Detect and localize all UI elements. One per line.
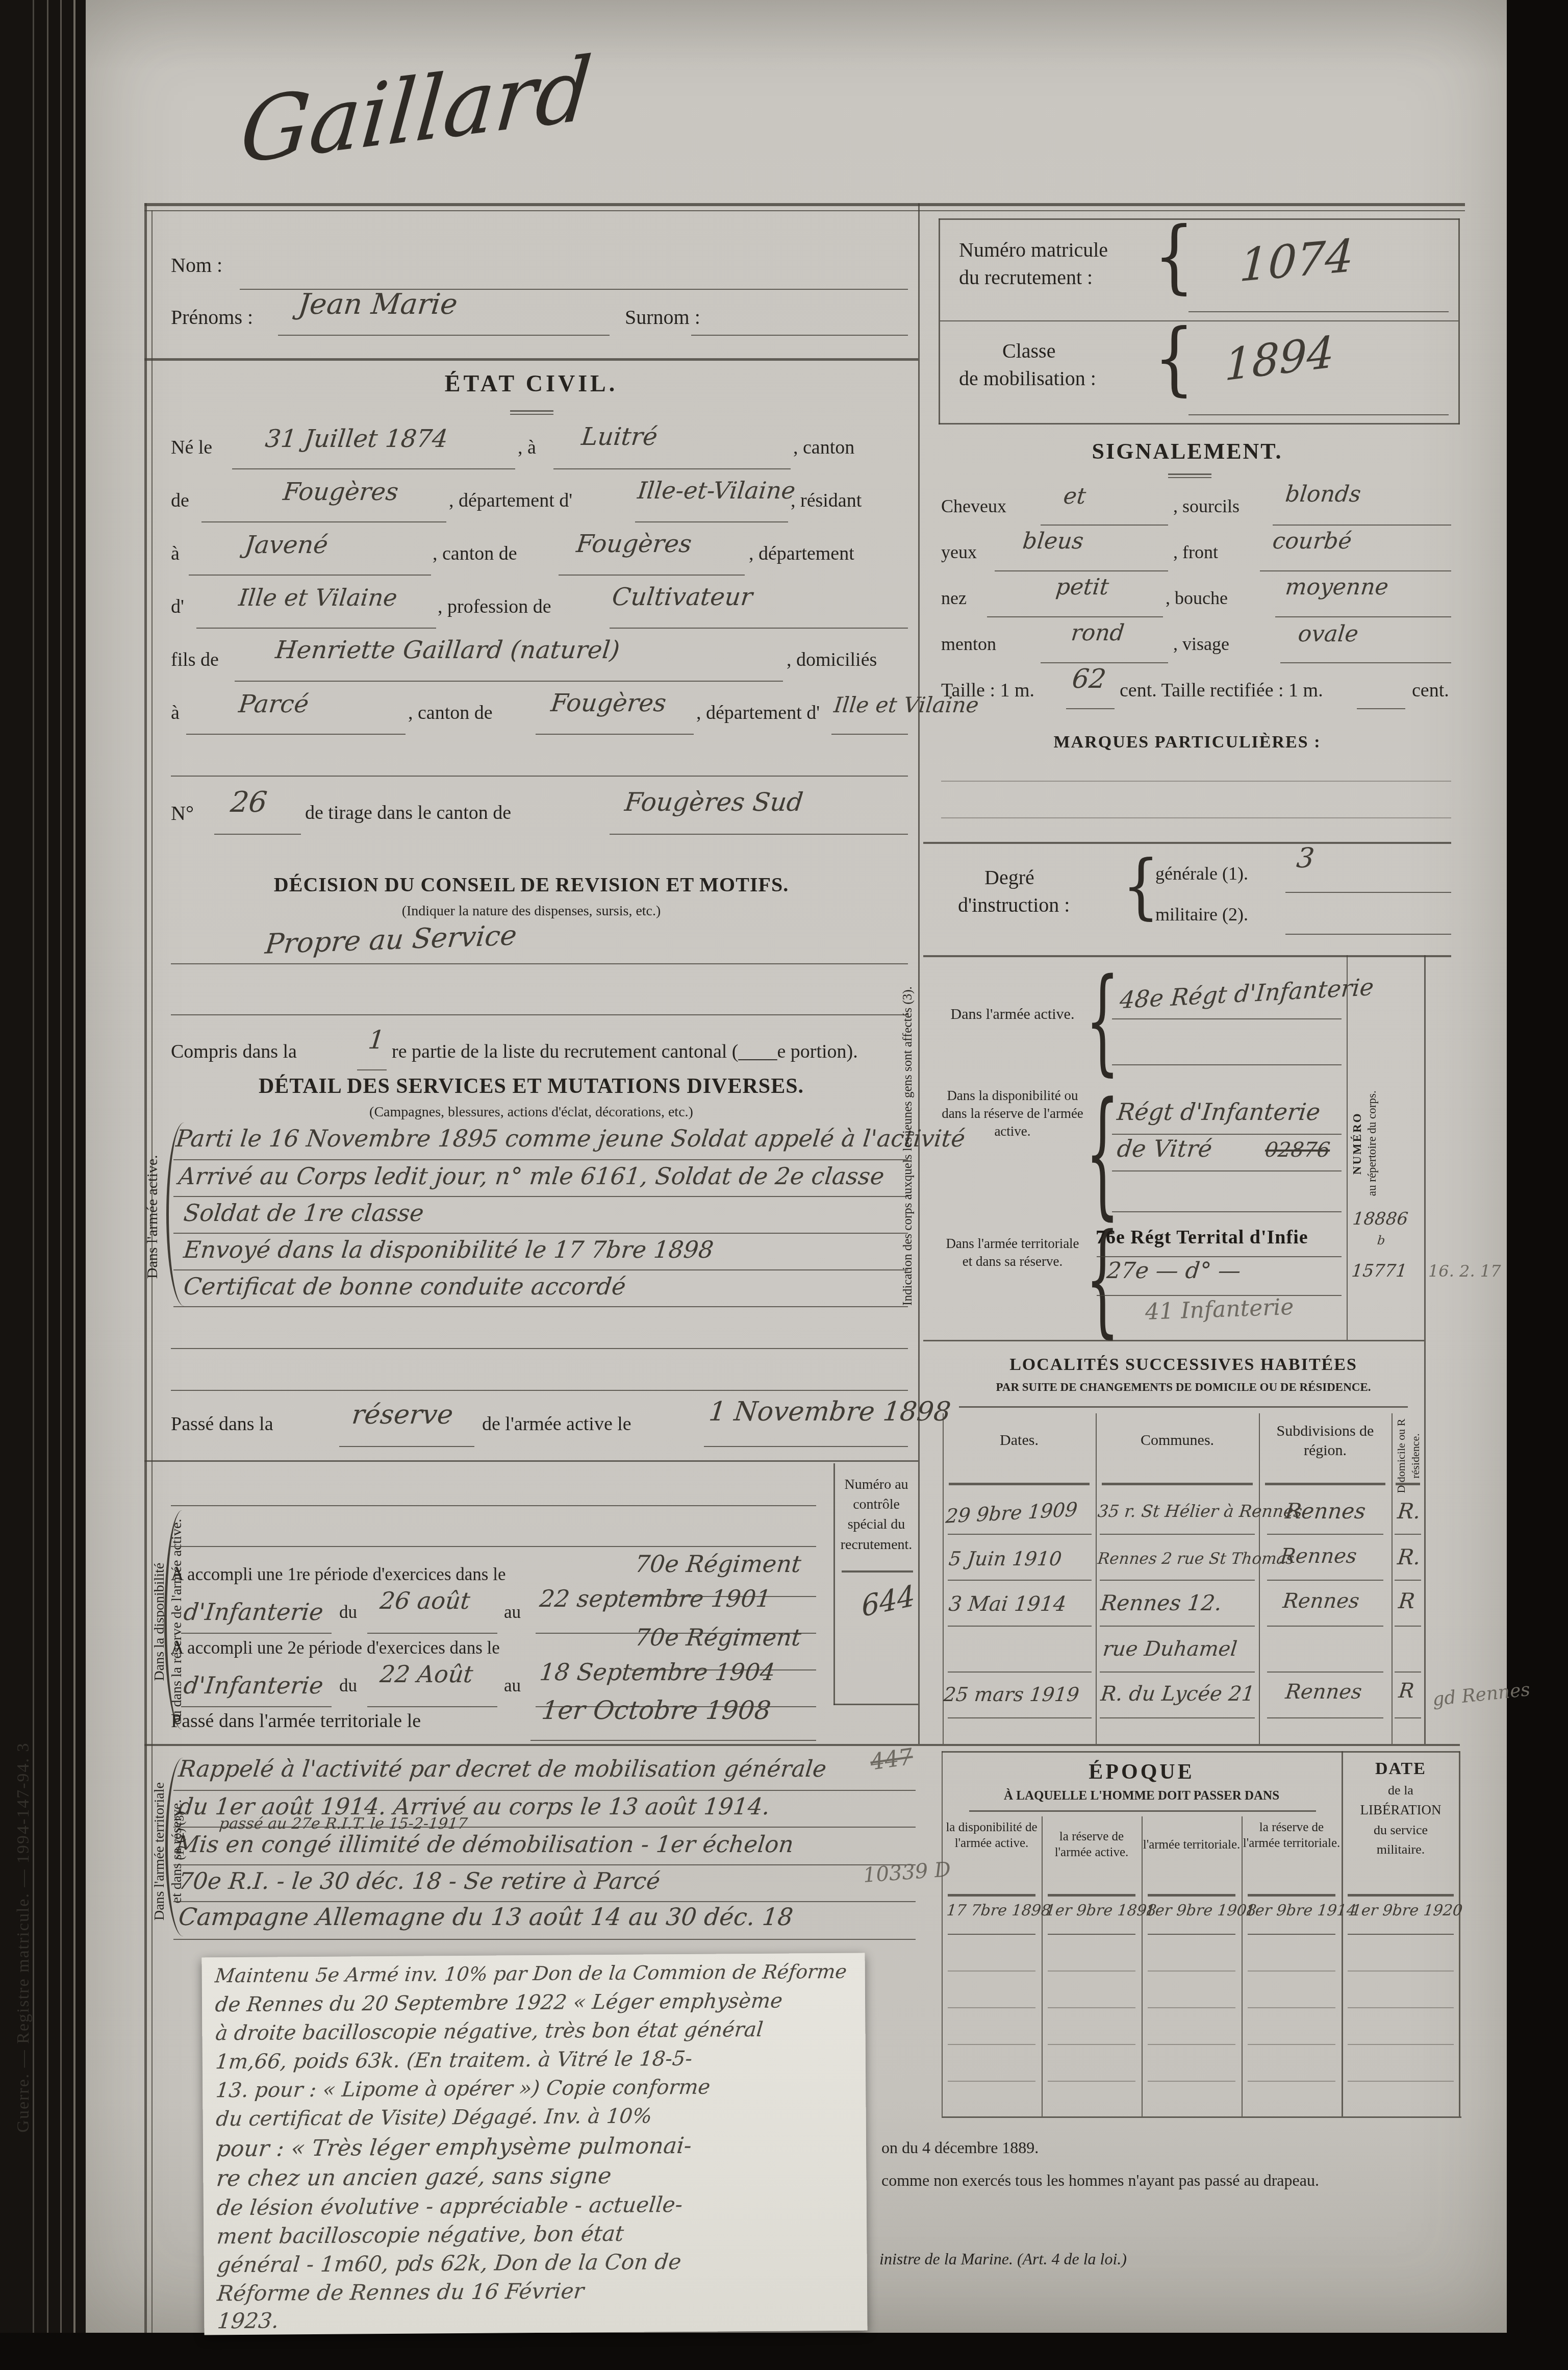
rule bbox=[1112, 1064, 1342, 1065]
rule bbox=[1248, 1894, 1335, 1897]
loc-dr: R. bbox=[1397, 1499, 1422, 1523]
rule bbox=[939, 218, 1460, 220]
epoque-date-label1: DATE bbox=[1342, 1759, 1460, 1779]
rule bbox=[1275, 616, 1451, 617]
sig-value: et bbox=[1062, 484, 1087, 509]
sig-label: nez bbox=[941, 588, 967, 608]
sig-value: ovale bbox=[1297, 621, 1359, 646]
ec-label: Né le bbox=[171, 437, 212, 459]
rule bbox=[1248, 2044, 1335, 2045]
epoque-col3: l'armée territoriale. bbox=[1142, 1837, 1242, 1853]
note-line: du certificat de Visite) Dégagé. Inv. à … bbox=[215, 2104, 653, 2131]
rule bbox=[144, 1460, 918, 1462]
ec-label: à bbox=[171, 543, 180, 565]
rule bbox=[610, 628, 908, 629]
rule bbox=[189, 575, 431, 576]
loc-subdiv: Rennes bbox=[1279, 1545, 1358, 1568]
matricule-label: Numéro matricule bbox=[959, 239, 1108, 262]
rule bbox=[1267, 1580, 1383, 1581]
rule bbox=[144, 203, 1465, 206]
compris-value: 1 bbox=[367, 1026, 386, 1054]
instruction-generale-value: 3 bbox=[1295, 843, 1316, 874]
rule bbox=[1048, 2044, 1135, 2045]
note-line: à droite bacilloscopie négative, très bo… bbox=[214, 2018, 764, 2045]
rule bbox=[173, 1269, 908, 1270]
corps-g2-label: Dans la disponibilité ou dans la réserve… bbox=[941, 1087, 1084, 1140]
rule bbox=[1267, 1626, 1383, 1627]
rule bbox=[171, 963, 908, 964]
rule bbox=[196, 628, 436, 629]
rule bbox=[948, 1934, 1035, 1935]
compris-label: Compris dans la bbox=[171, 1041, 297, 1063]
rule bbox=[1458, 218, 1460, 425]
passe-reserve-label: Passé dans la bbox=[171, 1413, 273, 1435]
rule bbox=[942, 1751, 943, 2116]
note-line: pour : « Très léger emphysème pulmonai- bbox=[215, 2133, 693, 2162]
rule bbox=[553, 468, 791, 469]
rule bbox=[948, 1534, 1092, 1535]
passe-reserve-date: 1 Novembre 1898 bbox=[707, 1397, 952, 1427]
taille-cent-label: cent. bbox=[1412, 680, 1449, 702]
rule bbox=[510, 414, 553, 415]
rule bbox=[1041, 525, 1168, 526]
mob-line: Mis en congé illimité de démobilisation … bbox=[174, 1832, 795, 1857]
rule bbox=[201, 521, 446, 522]
rule bbox=[948, 2081, 1035, 2082]
rule bbox=[181, 1706, 332, 1707]
rule bbox=[1348, 2081, 1454, 2082]
rule bbox=[171, 1348, 908, 1349]
epoque-value3: 1er 9bre 1908 bbox=[1145, 1902, 1257, 1919]
rule bbox=[1188, 311, 1449, 312]
note-line: 13. pour : « Lipome à opérer ») Copie co… bbox=[215, 2076, 712, 2103]
corps-g3-value3: 41 Infanterie bbox=[1145, 1294, 1294, 1325]
sig-value: courbé bbox=[1271, 529, 1353, 554]
corps-g3-date: 16. 2. 17 bbox=[1428, 1262, 1501, 1281]
epoque-date-label2: de la bbox=[1342, 1783, 1460, 1798]
sig-label: , bouche bbox=[1166, 588, 1228, 608]
rule bbox=[1267, 1534, 1383, 1535]
corps-g2-value2: de Vitré bbox=[1116, 1136, 1213, 1162]
periode1-date2: 22 septembre 1901 bbox=[538, 1586, 772, 1612]
surnom-label: Surnom : bbox=[625, 306, 700, 329]
rule bbox=[1142, 1816, 1143, 2116]
periode2-date2: 18 Septembre 1904 bbox=[538, 1659, 776, 1686]
rule bbox=[367, 1633, 497, 1634]
corps-g1-label: Dans l'armée active. bbox=[941, 1004, 1084, 1024]
corps-g3-number1b: b bbox=[1377, 1234, 1386, 1248]
rule bbox=[1112, 1170, 1342, 1171]
rule bbox=[1347, 955, 1348, 1340]
ec-label: , domiciliés bbox=[787, 649, 877, 671]
epoque-value4: 1er 9bre 1914 bbox=[1245, 1902, 1357, 1919]
territoriale-label: Passé dans l'armée territoriale le bbox=[171, 1710, 421, 1732]
rule bbox=[559, 575, 745, 576]
rule bbox=[969, 1810, 1316, 1812]
rule bbox=[144, 210, 1465, 211]
rule bbox=[1348, 1894, 1454, 1897]
rule bbox=[948, 1717, 1092, 1718]
black-band-bottom bbox=[0, 2333, 1568, 2370]
rule bbox=[948, 1626, 1092, 1627]
rule bbox=[214, 834, 301, 835]
rule bbox=[144, 358, 918, 361]
loc-subdiv: Rennes bbox=[1282, 1590, 1360, 1613]
rule bbox=[173, 1159, 908, 1160]
controle-label: Numéro au contrôle spécial du recrutemen… bbox=[837, 1475, 916, 1555]
rule bbox=[635, 521, 788, 522]
rule bbox=[941, 817, 1451, 818]
signalement-title: SIGNALEMENT. bbox=[923, 439, 1451, 464]
rule bbox=[1285, 892, 1451, 893]
corps-g3-stamp: 76e Régt Territal d'Infie bbox=[1096, 1227, 1308, 1249]
corps-g2-value1: Régt d'Infanterie bbox=[1116, 1099, 1321, 1126]
loc-commune: Rennes 12. bbox=[1100, 1591, 1223, 1615]
rule bbox=[1395, 1534, 1421, 1535]
mob-line-insert: passé au 27e R.I.T. le 15-2-1917 bbox=[218, 1815, 468, 1833]
rule bbox=[831, 734, 908, 735]
sig-value: blonds bbox=[1284, 482, 1362, 507]
loc-dr: R bbox=[1398, 1680, 1415, 1703]
brace-icon: { bbox=[1085, 1092, 1120, 1216]
rule bbox=[842, 1570, 913, 1573]
epoque-date-label5: militaire. bbox=[1342, 1842, 1460, 1857]
ec-label: , département bbox=[749, 543, 854, 565]
prenoms-value: Jean Marie bbox=[297, 289, 459, 321]
tirage-no-label: N° bbox=[171, 802, 194, 825]
service-line: Envoyé dans la disponibilité le 17 7bre … bbox=[182, 1237, 715, 1263]
rule bbox=[1097, 1256, 1342, 1257]
rule bbox=[510, 410, 553, 412]
rule bbox=[923, 1340, 1424, 1341]
epoque-title: ÉPOQUE bbox=[942, 1760, 1342, 1784]
ec-value: Fougères bbox=[282, 479, 399, 506]
service-line: Certificat de bonne conduite accordé bbox=[182, 1274, 627, 1300]
rule bbox=[1285, 934, 1451, 935]
services-title: DÉTAIL DES SERVICES ET MUTATIONS DIVERSE… bbox=[144, 1075, 918, 1099]
sig-label: , sourcils bbox=[1173, 496, 1240, 516]
etat-civil-title: ÉTAT CIVIL. bbox=[144, 370, 918, 397]
rule bbox=[1041, 662, 1168, 663]
rule bbox=[173, 1790, 916, 1791]
service-line: Parti le 16 Novembre 1895 comme jeune So… bbox=[174, 1126, 966, 1152]
footnote-fragment: on du 4 décembre 1889. bbox=[881, 2139, 1039, 2157]
nom-label: Nom : bbox=[171, 254, 222, 277]
taille-rect-label: cent. Taille rectifiée : 1 m. bbox=[1120, 680, 1323, 702]
rule bbox=[1248, 2007, 1335, 2008]
rule bbox=[1395, 1580, 1421, 1581]
ec-label: , à bbox=[518, 437, 536, 459]
rule bbox=[1148, 1970, 1235, 1972]
corps-g3-number2: 15771 bbox=[1351, 1261, 1408, 1281]
localites-title: LOCALITÉS SUCCESSIVES HABITÉES bbox=[943, 1355, 1424, 1375]
rule bbox=[1148, 2081, 1235, 2082]
note-line: Réforme de Rennes du 16 Février bbox=[216, 2278, 586, 2306]
rule bbox=[995, 570, 1168, 571]
rule bbox=[173, 1939, 916, 1940]
rule bbox=[1048, 1894, 1135, 1897]
loc-commune: rue Duhamel bbox=[1102, 1638, 1238, 1661]
ec-label: , canton de bbox=[408, 702, 493, 724]
corps-g2-number: 02876 bbox=[1264, 1139, 1331, 1162]
rule bbox=[1048, 2007, 1135, 2008]
rule bbox=[1066, 708, 1115, 709]
classe-label2: de mobilisation : bbox=[959, 367, 1096, 390]
corps-g3-number1: 18886 bbox=[1352, 1209, 1409, 1229]
rule bbox=[536, 734, 694, 735]
services-side-label: Dans l'armée active. bbox=[144, 1155, 161, 1279]
page-edge-line bbox=[47, 0, 48, 2370]
tirage-no-value: 26 bbox=[229, 787, 269, 819]
sig-value: rond bbox=[1070, 620, 1125, 645]
rule bbox=[1260, 570, 1451, 571]
rule bbox=[144, 1744, 1460, 1746]
rule bbox=[939, 423, 1460, 425]
rule bbox=[1248, 1934, 1335, 1935]
footnote-fragment: inistre de la Marine. (Art. 4 de la loi.… bbox=[879, 2250, 1127, 2268]
rule bbox=[1396, 1483, 1420, 1485]
rule bbox=[949, 1483, 1090, 1485]
loc-date: 3 Mai 1914 bbox=[948, 1593, 1068, 1616]
taille-value: 62 bbox=[1071, 664, 1107, 694]
service-line: Arrivé au Corps ledit jour, n° mle 6161,… bbox=[177, 1163, 886, 1190]
rule bbox=[1048, 1934, 1135, 1935]
rule bbox=[918, 203, 920, 1744]
prenoms-label: Prénoms : bbox=[171, 306, 253, 329]
corps-numero-side-line1: NUMÉRO bbox=[1351, 1112, 1363, 1175]
rule bbox=[1357, 708, 1405, 709]
ec-label: , canton de bbox=[433, 543, 517, 565]
epoque-value2: 1er 9bre 1898 bbox=[1045, 1902, 1157, 1919]
rule bbox=[171, 776, 908, 777]
rule bbox=[1392, 1413, 1393, 1744]
instruction-militaire-label: militaire (2). bbox=[1155, 904, 1248, 925]
ec-label: d' bbox=[171, 596, 184, 618]
ec-label: , département d' bbox=[696, 702, 820, 724]
page-edge-line bbox=[73, 0, 75, 2370]
corps-numero-side-line2: au répertoire du corps. bbox=[1365, 1090, 1378, 1196]
epoque-date-label3: LIBÉRATION bbox=[1342, 1802, 1460, 1817]
epoque-col4: la réserve de l'armée territoriale. bbox=[1242, 1819, 1342, 1852]
localites-col-dates: Dates. bbox=[943, 1432, 1096, 1449]
periode2-label: A accompli une 2e période d'exercices da… bbox=[171, 1638, 500, 1658]
glued-note: Maintenu 5e Armé inv. 10% par Don de la … bbox=[201, 1953, 867, 2335]
rule bbox=[1348, 1970, 1454, 1972]
periode2-infanterie: d'Infanterie bbox=[182, 1673, 324, 1699]
rule bbox=[1267, 1672, 1383, 1673]
instruction-label2: d'instruction : bbox=[958, 894, 1070, 917]
ec-value: 31 Juillet 1874 bbox=[264, 426, 449, 453]
loc-commune: 35 r. St Hélier à Rennes bbox=[1097, 1502, 1303, 1521]
passe-reserve-label2: de l'armée active le bbox=[482, 1413, 631, 1435]
decision-subtitle: (Indiquer la nature des dispenses, sursi… bbox=[144, 903, 918, 919]
decision-title: DÉCISION DU CONSEIL DE REVISION ET MOTIF… bbox=[144, 874, 918, 896]
rule bbox=[939, 218, 940, 425]
rule bbox=[1100, 1717, 1255, 1718]
rule bbox=[948, 2007, 1035, 2008]
sig-label: yeux bbox=[941, 542, 977, 562]
rule bbox=[1097, 1295, 1342, 1296]
note-line: Maintenu 5e Armé inv. 10% par Don de la … bbox=[214, 1960, 848, 1987]
territoriale-date: 1er Octobre 1908 bbox=[540, 1696, 772, 1725]
loc-subdiv: Rennes bbox=[1284, 1681, 1363, 1704]
rule bbox=[339, 1446, 474, 1447]
rule bbox=[948, 1672, 1092, 1673]
note-line: de lésion évolutive - appréciable - actu… bbox=[215, 2192, 684, 2220]
loc-commune: Rennes 2 rue St Thomas bbox=[1097, 1550, 1295, 1568]
passe-reserve-value: réserve bbox=[350, 1400, 454, 1430]
matricule-label2: du recrutement : bbox=[959, 266, 1093, 289]
rule bbox=[942, 1751, 1460, 1753]
rule bbox=[923, 842, 1451, 844]
ec-value: Cultivateur bbox=[611, 584, 754, 611]
instruction-generale-label: générale (1). bbox=[1155, 863, 1248, 884]
rule bbox=[1148, 2007, 1235, 2008]
rule bbox=[1280, 662, 1451, 663]
ec-value: Luitré bbox=[580, 423, 659, 451]
localites-col-communes: Communes. bbox=[1096, 1432, 1259, 1449]
rule bbox=[1248, 1970, 1335, 1972]
rule bbox=[704, 1446, 908, 1447]
sig-value: bleus bbox=[1021, 529, 1084, 554]
rule bbox=[1348, 2044, 1454, 2045]
classe-label: Classe bbox=[1002, 340, 1055, 363]
corps-numero-side-label: NUMÉRO au répertoire du corps. bbox=[1350, 1067, 1380, 1220]
sig-label: , front bbox=[1173, 542, 1218, 562]
note-line: 1923. bbox=[216, 2308, 280, 2333]
epoque-col2: la réserve de l'armée active. bbox=[1042, 1829, 1142, 1861]
rule bbox=[173, 1864, 916, 1865]
ec-value: Fougères bbox=[549, 690, 667, 717]
mob-line: Rappelé à l'activité par decret de mobil… bbox=[177, 1756, 827, 1782]
rule bbox=[948, 2044, 1035, 2045]
rule bbox=[1096, 1413, 1097, 1744]
rule bbox=[1112, 1211, 1342, 1212]
margin-number: 447 bbox=[869, 1744, 915, 1775]
rule bbox=[1100, 1534, 1255, 1535]
rule bbox=[173, 1901, 916, 1902]
rule bbox=[171, 1014, 908, 1015]
note-line: général - 1m60, pds 62k, Don de la Con d… bbox=[216, 2249, 682, 2277]
rule bbox=[1267, 1717, 1383, 1718]
tirage-label: de tirage dans le canton de bbox=[305, 802, 511, 824]
rule bbox=[235, 681, 783, 682]
note-line: re chez un ancien gazé, sans signe bbox=[215, 2163, 613, 2191]
ec-value: Parcé bbox=[237, 691, 310, 718]
rule bbox=[1395, 1626, 1421, 1627]
loc-commune: R. du Lycée 21 bbox=[1100, 1683, 1256, 1706]
corps-side-label: Indication des corps auxquels les jeunes… bbox=[901, 986, 915, 1306]
periode2-du: du bbox=[339, 1676, 357, 1695]
ec-label: , profession de bbox=[438, 596, 551, 618]
rule bbox=[1148, 1934, 1235, 1935]
periode2-date1: 22 Août bbox=[378, 1661, 474, 1688]
rule bbox=[923, 955, 1451, 957]
loc-subdiv: Rennes bbox=[1284, 1499, 1367, 1523]
rule bbox=[1100, 1672, 1255, 1673]
corps-g3-value2: 27e — d° — bbox=[1105, 1258, 1242, 1283]
rule bbox=[1248, 2081, 1335, 2082]
rule bbox=[948, 1580, 1092, 1581]
corps-g3-label: Dans l'armée territoriale et dans sa rés… bbox=[941, 1235, 1084, 1270]
rule bbox=[1148, 2044, 1235, 2045]
periode1-du: du bbox=[339, 1602, 357, 1622]
rule bbox=[1100, 1580, 1255, 1581]
page-edge-line bbox=[60, 0, 62, 2370]
brace-icon: { bbox=[1122, 855, 1159, 918]
rule bbox=[1168, 477, 1211, 478]
periode2-regiment: 70e Régiment bbox=[634, 1625, 802, 1651]
rule bbox=[1100, 1626, 1255, 1627]
rule bbox=[1102, 1483, 1253, 1485]
periode1-au: au bbox=[504, 1602, 521, 1622]
ec-label: de bbox=[171, 490, 189, 512]
footnote-fragment: comme non exercés tous les hommes n'ayan… bbox=[881, 2172, 1319, 2190]
rule bbox=[940, 320, 1458, 321]
ec-label: fils de bbox=[171, 649, 219, 671]
epoque-date-label4: du service bbox=[1342, 1823, 1460, 1837]
rule bbox=[941, 781, 1451, 782]
rule bbox=[171, 1546, 816, 1547]
sig-label: Cheveux bbox=[941, 496, 1006, 516]
rule bbox=[357, 1069, 387, 1070]
compris-label2: re partie de la liste du recrutement can… bbox=[392, 1041, 858, 1063]
book-edge-left bbox=[0, 0, 86, 2370]
loc-dr: R bbox=[1398, 1589, 1417, 1613]
rule bbox=[1112, 1018, 1342, 1019]
rule bbox=[833, 1463, 835, 1705]
rule bbox=[1188, 414, 1449, 415]
rule bbox=[942, 2116, 1461, 2118]
mob-line: Campagne Allemagne du 13 août 14 au 30 d… bbox=[177, 1904, 794, 1931]
service-line: Soldat de 1re classe bbox=[182, 1200, 425, 1227]
rule bbox=[1348, 1934, 1454, 1935]
localites-col-subdiv: Subdivisions de région. bbox=[1259, 1421, 1392, 1460]
localites-subtitle: PAR SUITE DE CHANGEMENTS DE DOMICILE OU … bbox=[943, 1381, 1424, 1394]
rule bbox=[1348, 2007, 1454, 2008]
ec-value: Henriette Gaillard (naturel) bbox=[274, 637, 621, 664]
sig-value: moyenne bbox=[1284, 575, 1389, 600]
periode1-regiment: 70e Régiment bbox=[634, 1551, 802, 1578]
epoque-value1: 17 7bre 1898 bbox=[946, 1902, 1052, 1919]
rule bbox=[1048, 2081, 1135, 2082]
brace-icon: { bbox=[1154, 221, 1195, 293]
rule bbox=[1273, 525, 1451, 526]
rule bbox=[1168, 473, 1211, 475]
rule bbox=[186, 734, 406, 735]
rule bbox=[959, 1406, 1408, 1408]
periode1-date1: 26 août bbox=[378, 1588, 471, 1614]
ec-value: Fougères bbox=[575, 531, 693, 558]
rule bbox=[171, 1505, 816, 1506]
ec-value: Ille-et-Vilaine bbox=[636, 478, 797, 504]
rule bbox=[1148, 1894, 1235, 1897]
matricule-value: 1074 bbox=[1238, 231, 1355, 291]
note-line: ment bacilloscopie négative, bon état bbox=[216, 2221, 625, 2249]
loc-date: 25 mars 1919 bbox=[943, 1684, 1080, 1706]
brace-icon: { bbox=[1154, 323, 1195, 395]
sig-label: , visage bbox=[1173, 634, 1229, 654]
sig-value: petit bbox=[1054, 575, 1110, 600]
rule bbox=[987, 616, 1163, 617]
ec-label: , canton bbox=[793, 437, 854, 459]
spine-text: Guerre. — Registre matricule. — 1994-147… bbox=[14, 1742, 33, 2132]
services-subtitle: (Campagnes, blessures, actions d'éclat, … bbox=[144, 1104, 918, 1120]
marques-title: MARQUES PARTICULIÈRES : bbox=[923, 733, 1451, 752]
rule bbox=[833, 1704, 918, 1705]
rule bbox=[1242, 1816, 1243, 2116]
loc-date: 5 Juin 1910 bbox=[948, 1548, 1063, 1570]
